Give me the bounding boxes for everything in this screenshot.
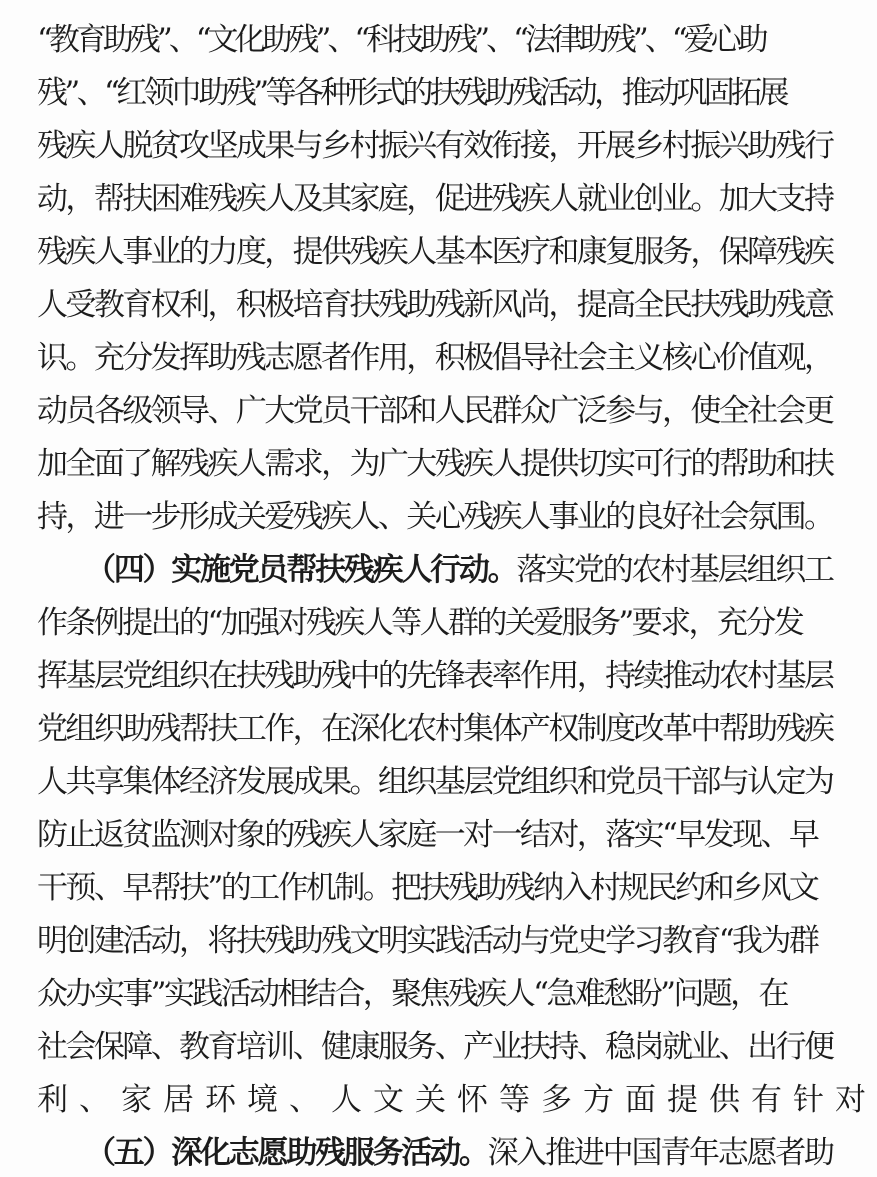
line-text: 动，帮扶困难残疾人及其家庭，促进残疾人就业创业。加大支持 [37, 181, 832, 217]
text-line-8: 动员各级领导、广大党员干部和人民群众广泛参与，使全社会更 [37, 385, 835, 438]
line-text: 作条例提出的“加强对残疾人等人群的关爱服务”要求，充分发 [37, 605, 802, 641]
line-text: 动员各级领导、广大党员干部和人民群众广泛参与，使全社会更 [37, 393, 832, 429]
section-heading-four: （四）实施党员帮扶残疾人行动。 [85, 552, 516, 588]
text-line-19: 众办实事”实践活动相结合，聚焦残疾人“急难愁盼”问题，在 [37, 968, 835, 1021]
line-text: 持，进一步形成关爱残疾人、关心残疾人事业的良好社会氛围。 [37, 499, 832, 535]
text-line-1: “教育助残”、“文化助残”、“科技助残”、“法律助残”、“爱心助 [37, 14, 835, 67]
line-text: 防止返贫监测对象的残疾人家庭一对一结对，落实“早发现、早 [37, 817, 817, 853]
text-line-9: 加全面了解残疾人需求，为广大残疾人提供切实可行的帮助和扶 [37, 438, 835, 491]
line-text: 识。充分发挥助残志愿者作用，积极倡导社会主义核心价值观， [37, 340, 832, 376]
line-text: 明创建活动，将扶残助残文明实践活动与党史学习教育“我为群 [37, 923, 817, 959]
text-line-3: 残疾人脱贫攻坚成果与乡村振兴有效衔接，开展乡村振兴助残行 [37, 120, 835, 173]
text-line-17: 干预、早帮扶”的工作机制。把扶残助残纳入村规民约和乡风文 [37, 862, 835, 915]
line-text: 残疾人脱贫攻坚成果与乡村振兴有效衔接，开展乡村振兴助残行 [37, 128, 832, 164]
text-line-18: 明创建活动，将扶残助残文明实践活动与党史学习教育“我为群 [37, 915, 835, 968]
line-text: 利、家居环境、人文关怀等多方面提供有针对性的帮扶。 [37, 1082, 877, 1118]
line-text: 人受教育权利，积极培育扶残助残新风尚，提高全民扶残助残意 [37, 287, 832, 323]
line-text: 残疾人事业的力度，提供残疾人基本医疗和康复服务，保障残疾 [37, 234, 832, 270]
line-text: 党组织助残帮扶工作，在深化农村集体产权制度改革中帮助残疾 [37, 711, 832, 747]
line-text: “教育助残”、“文化助残”、“科技助残”、“法律助残”、“爱心助 [37, 22, 765, 58]
text-line-6: 人受教育权利，积极培育扶残助残新风尚，提高全民扶残助残意 [37, 279, 835, 332]
section-five-first-line: （五）深化志愿助残服务活动。深入推进中国青年志愿者助 [85, 1127, 835, 1177]
line-text: 深入推进中国青年志愿者助 [488, 1135, 833, 1171]
text-line-13: 挥基层党组织在扶残助残中的先锋表率作用，持续推动农村基层 [37, 650, 835, 703]
line-text: 残”、“红领巾助残”等各种形式的扶残助残活动，推动巩固拓展 [37, 75, 786, 111]
text-line-10: 持，进一步形成关爱残疾人、关心残疾人事业的良好社会氛围。 [37, 491, 835, 544]
text-line-21: 利、家居环境、人文关怀等多方面提供有针对性的帮扶。 [37, 1074, 835, 1127]
text-line-7: 识。充分发挥助残志愿者作用，积极倡导社会主义核心价值观， [37, 332, 835, 385]
line-text: 众办实事”实践活动相结合，聚焦残疾人“急难愁盼”问题，在 [37, 976, 787, 1012]
line-text: 落实党的农村基层组织工 [516, 552, 832, 588]
text-line-2: 残”、“红领巾助残”等各种形式的扶残助残活动，推动巩固拓展 [37, 67, 835, 120]
section-heading-five: （五）深化志愿助残服务活动。 [85, 1135, 488, 1171]
text-line-12: 作条例提出的“加强对残疾人等人群的关爱服务”要求，充分发 [37, 597, 835, 650]
line-text: 干预、早帮扶”的工作机制。把扶残助残纳入村规民约和乡风文 [37, 870, 817, 906]
text-line-20: 社会保障、教育培训、健康服务、产业扶持、稳岗就业、出行便 [37, 1021, 835, 1074]
document-page: “教育助残”、“文化助残”、“科技助残”、“法律助残”、“爱心助 残”、“红领巾… [0, 0, 877, 1177]
text-line-5: 残疾人事业的力度，提供残疾人基本医疗和康复服务，保障残疾 [37, 226, 835, 279]
text-line-4: 动，帮扶困难残疾人及其家庭，促进残疾人就业创业。加大支持 [37, 173, 835, 226]
line-text: 加全面了解残疾人需求，为广大残疾人提供切实可行的帮助和扶 [37, 446, 832, 482]
line-text: 社会保障、教育培训、健康服务、产业扶持、稳岗就业、出行便 [37, 1029, 832, 1065]
text-line-16: 防止返贫监测对象的残疾人家庭一对一结对，落实“早发现、早 [37, 809, 835, 862]
line-text: 挥基层党组织在扶残助残中的先锋表率作用，持续推动农村基层 [37, 658, 832, 694]
section-four-first-line: （四）实施党员帮扶残疾人行动。落实党的农村基层组织工 [85, 544, 835, 597]
text-line-15: 人共享集体经济发展成果。组织基层党组织和党员干部与认定为 [37, 756, 835, 809]
text-line-14: 党组织助残帮扶工作，在深化农村集体产权制度改革中帮助残疾 [37, 703, 835, 756]
line-text: 人共享集体经济发展成果。组织基层党组织和党员干部与认定为 [37, 764, 832, 800]
